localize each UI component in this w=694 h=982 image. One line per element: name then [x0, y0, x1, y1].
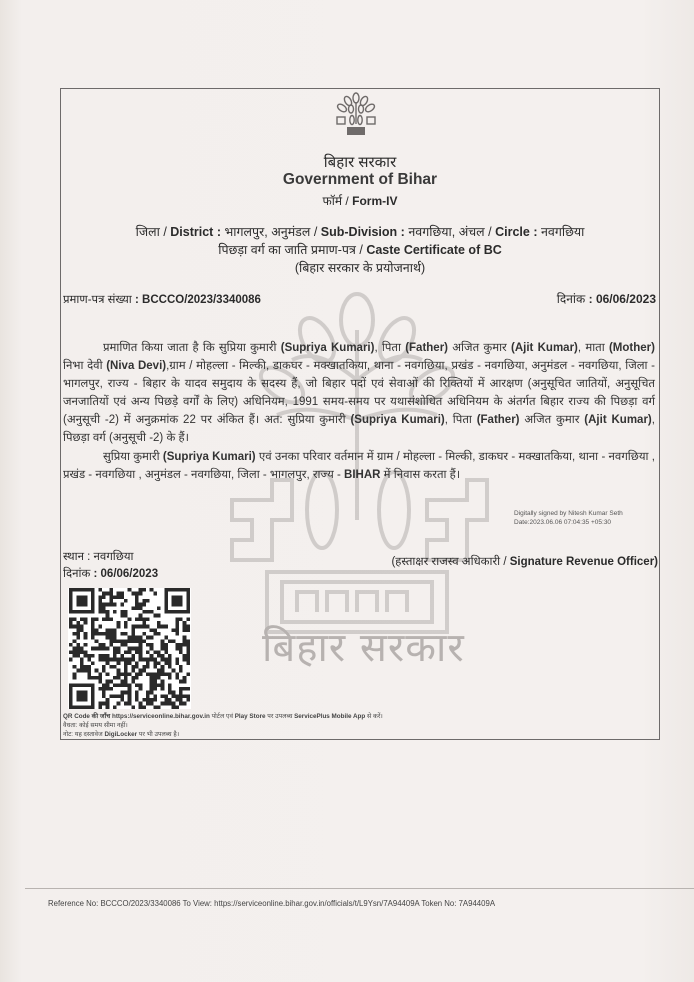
certification-paragraph: प्रमाणित किया जाता है कि सुप्रिया कुमारी…	[63, 339, 655, 447]
issue-date-value: 06/06/2023	[101, 568, 159, 580]
digital-signature-signer: Digitally signed by Nitesh Kumar Seth	[514, 509, 623, 518]
certificate-date-value: 06/06/2023	[596, 292, 656, 306]
qr-note-validity: वैधता: कोई समय सीमा नहीं।	[63, 721, 383, 730]
form-label: फॉर्म / Form-IV	[60, 192, 660, 209]
qr-code-icon[interactable]	[68, 588, 191, 709]
signature-label-hindi: (हस्ताक्षर राजस्व अधिकारी /	[391, 556, 506, 568]
signature-label-english: Signature Revenue Officer)	[510, 556, 658, 568]
header-title-english: Government of Bihar	[60, 171, 660, 189]
qr-note: QR Code की जाँच https://serviceonline.bi…	[63, 712, 383, 739]
district-label-english: District	[170, 225, 213, 239]
residence-paragraph: सुप्रिया कुमारी (Supriya Kumari) एवं उनक…	[63, 448, 655, 484]
form-label-english: Form-IV	[352, 194, 397, 208]
subdivision-value: नवगछिया	[408, 225, 451, 239]
certificate-number-label: प्रमाण-पत्र संख्या	[63, 294, 132, 306]
certificate-purpose: (बिहार सरकार के प्रयोजनार्थ)	[60, 259, 660, 276]
certificate-date-label: दिनांक	[557, 292, 585, 306]
bihar-bodhi-tree-emblem-icon	[333, 92, 379, 136]
place-label: स्थान	[63, 551, 84, 563]
header-title-hindi: बिहार सरकार	[60, 152, 660, 172]
certificate-number: प्रमाण-पत्र संख्या : BCCCO/2023/3340086	[63, 292, 261, 307]
subdivision-label-english: Sub-Division	[321, 225, 397, 239]
place: स्थान : नवगछिया	[63, 549, 134, 564]
form-label-hindi: फॉर्म	[323, 194, 343, 208]
district-label-hindi: जिला	[136, 225, 160, 239]
digital-signature-date: Date:2023.06.06 07:04:35 +05:30	[514, 518, 623, 527]
circle-label-english: Circle	[495, 225, 530, 239]
jurisdiction-line: जिला / District : भागलपुर, अनुमंडल / Sub…	[60, 223, 660, 240]
watermark-text: बिहार सरकार	[262, 618, 465, 673]
digital-signature: Digitally signed by Nitesh Kumar Seth Da…	[514, 509, 623, 527]
circle-label-hindi: अंचल	[459, 225, 485, 239]
reference-line: Reference No: BCCCO/2023/3340086 To View…	[48, 899, 495, 908]
certificate-date: दिनांक : 06/06/2023	[557, 290, 656, 307]
district-value: भागलपुर	[224, 225, 264, 239]
signature-officer: (हस्ताक्षर राजस्व अधिकारी / Signature Re…	[391, 554, 658, 569]
certificate-title: पिछड़ा वर्ग का जाति प्रमाण-पत्र / Caste …	[60, 241, 660, 258]
subdivision-label-hindi: अनुमंडल	[271, 225, 310, 239]
place-value: नवगछिया	[94, 551, 134, 563]
certificate-title-english: Caste Certificate of BC	[366, 243, 501, 257]
issue-date-label: दिनांक	[63, 568, 90, 580]
circle-value: नवगछिया	[541, 225, 584, 239]
serviceonline-link[interactable]: https://serviceonline.bihar.gov.in	[112, 713, 210, 720]
issue-date: दिनांक : 06/06/2023	[63, 566, 158, 581]
certificate-number-value: BCCCO/2023/3340086	[142, 294, 261, 306]
certificate-title-hindi: पिछड़ा वर्ग का जाति प्रमाण-पत्र	[218, 243, 356, 257]
qr-note-verify: QR Code की जाँच https://serviceonline.bi…	[63, 712, 383, 721]
qr-note-digilocker: नोट: यह दस्तावेज DigiLocker पर भी उपलब्ध…	[63, 730, 383, 739]
footer-divider	[25, 888, 694, 889]
